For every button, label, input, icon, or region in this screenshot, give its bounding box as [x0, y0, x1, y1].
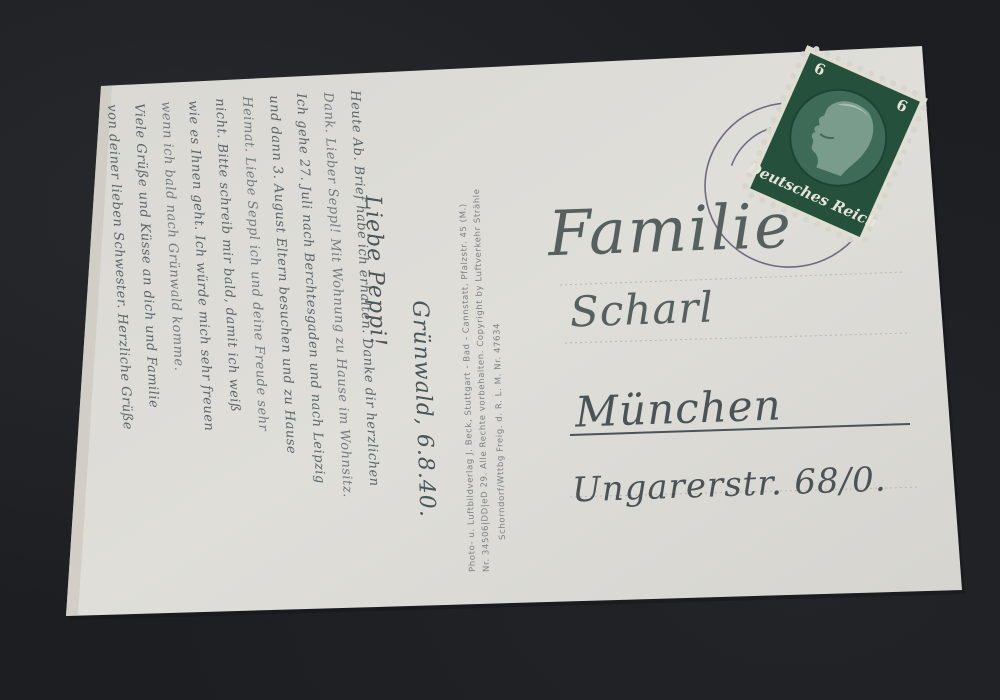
address-line-city: München — [574, 380, 782, 436]
photo-scene: 6 6 Deutsches Reich Familie Scharl Münch… — [0, 0, 1000, 700]
address-line-name: Scharl — [569, 283, 715, 337]
address-line-family: Familie — [547, 189, 794, 270]
